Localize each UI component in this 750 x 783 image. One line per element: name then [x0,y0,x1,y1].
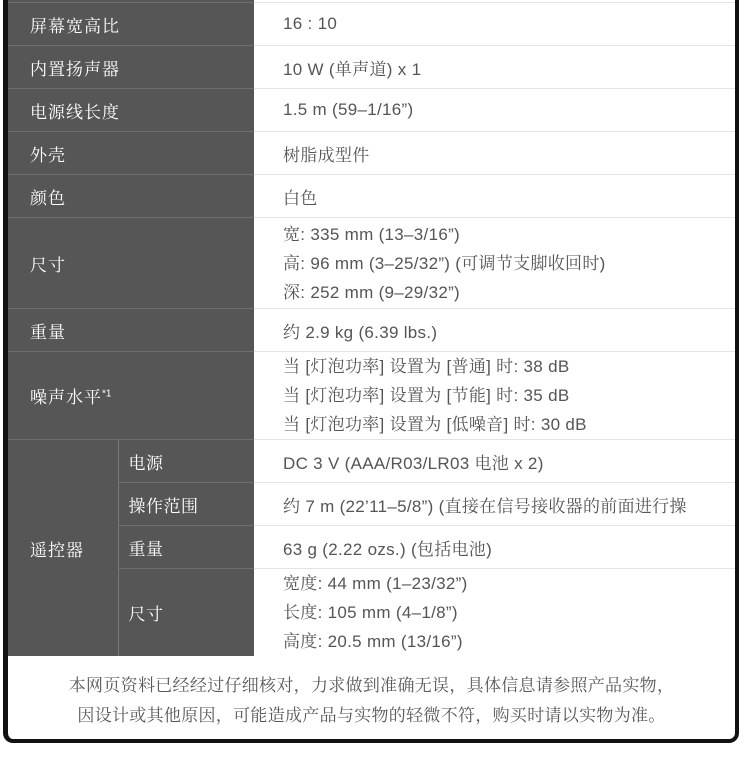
value-line: 宽: 335 mm (13–3/16”) [283,220,735,249]
row-label: 内置扬声器 [8,46,254,89]
row-label: 尺寸 [8,218,254,309]
row-value: 树脂成型件 [254,132,735,175]
row-value: 白色 [254,175,735,218]
value-line: 高度: 20.5 mm (13/16”) [283,627,735,656]
row-value: DC 3 V (AAA/R03/LR03 电池 x 2) [254,440,735,483]
row-value: 当 [灯泡功率] 设置为 [普通] 时: 38 dB 当 [灯泡功率] 设置为 … [254,352,735,440]
row-value: 10 W (单声道) x 1 [254,46,735,89]
previous-row-value-remnant [254,0,735,2]
table-row: 尺寸 宽度: 44 mm (1–23/32”) 长度: 105 mm (4–1/… [8,569,735,657]
row-label-text: 外壳 [30,146,66,165]
value-line: 当 [灯泡功率] 设置为 [普通] 时: 38 dB [283,352,735,381]
row-value: 63 g (2.22 ozs.) (包括电池) [254,526,735,569]
row-label: 屏幕宽高比 [8,3,254,46]
row-label: 噪声水平*1 [8,352,254,440]
row-value: 宽: 335 mm (13–3/16”) 高: 96 mm (3–25/32”)… [254,218,735,309]
previous-row-remnant [8,0,735,2]
spec-table: 屏幕宽高比 16 : 10 内置扬声器 10 W (单声道) x 1 电源线长度… [8,2,735,656]
value-line: 当 [灯泡功率] 设置为 [低噪音] 时: 30 dB [283,410,735,439]
value-line: 深: 252 mm (9–29/32”) [283,278,735,307]
row-value: 1.5 m (59–1/16”) [254,89,735,132]
row-label-text: 电源线长度 [30,103,120,122]
table-row: 屏幕宽高比 16 : 10 [8,3,735,46]
footer-note: 本网页资料已经经过仔细核对，力求做到准确无误，具体信息请参照产品实物， 因设计或… [8,656,735,739]
row-value: 约 7 m (22’11–5/8”) (直接在信号接收器的前面进行操 [254,483,735,526]
table-row: 重量 约 2.9 kg (6.39 lbs.) [8,309,735,352]
row-label-text: 颜色 [30,189,66,208]
row-label-text: 内置扬声器 [30,60,120,79]
table-row: 操作范围 约 7 m (22’11–5/8”) (直接在信号接收器的前面进行操 [8,483,735,526]
row-label-text: 尺寸 [30,256,66,275]
table-row: 遥控器 电源 DC 3 V (AAA/R03/LR03 电池 x 2) [8,440,735,483]
spec-panel: 屏幕宽高比 16 : 10 内置扬声器 10 W (单声道) x 1 电源线长度… [3,0,739,743]
remote-group-label: 遥控器 [8,440,118,657]
row-sublabel: 操作范围 [118,483,254,526]
value-line: 宽度: 44 mm (1–23/32”) [283,569,735,598]
table-row: 重量 63 g (2.22 ozs.) (包括电池) [8,526,735,569]
row-label: 颜色 [8,175,254,218]
table-row: 内置扬声器 10 W (单声道) x 1 [8,46,735,89]
footer-note-line: 因设计或其他原因，可能造成产品与实物的轻微不符，购买时请以实物为准。 [8,701,735,731]
table-row: 外壳 树脂成型件 [8,132,735,175]
row-label: 电源线长度 [8,89,254,132]
row-sublabel: 尺寸 [118,569,254,657]
footnote-marker: *1 [102,388,111,399]
table-row: 电源线长度 1.5 m (59–1/16”) [8,89,735,132]
row-label-text: 屏幕宽高比 [30,17,120,36]
row-value: 约 2.9 kg (6.39 lbs.) [254,309,735,352]
previous-row-label-remnant [8,0,254,2]
row-label-text: 重量 [30,323,66,342]
row-value: 16 : 10 [254,3,735,46]
value-line: 当 [灯泡功率] 设置为 [节能] 时: 35 dB [283,381,735,410]
row-label: 重量 [8,309,254,352]
row-label-text: 噪声水平 [30,388,102,407]
row-sublabel: 重量 [118,526,254,569]
table-row: 噪声水平*1 当 [灯泡功率] 设置为 [普通] 时: 38 dB 当 [灯泡功… [8,352,735,440]
row-value: 宽度: 44 mm (1–23/32”) 长度: 105 mm (4–1/8”)… [254,569,735,657]
row-label: 外壳 [8,132,254,175]
table-row: 颜色 白色 [8,175,735,218]
footer-note-line: 本网页资料已经经过仔细核对，力求做到准确无误，具体信息请参照产品实物， [8,671,735,701]
row-sublabel: 电源 [118,440,254,483]
value-line: 长度: 105 mm (4–1/8”) [283,598,735,627]
value-line: 高: 96 mm (3–25/32”) (可调节支脚收回时) [283,249,735,278]
table-row: 尺寸 宽: 335 mm (13–3/16”) 高: 96 mm (3–25/3… [8,218,735,309]
